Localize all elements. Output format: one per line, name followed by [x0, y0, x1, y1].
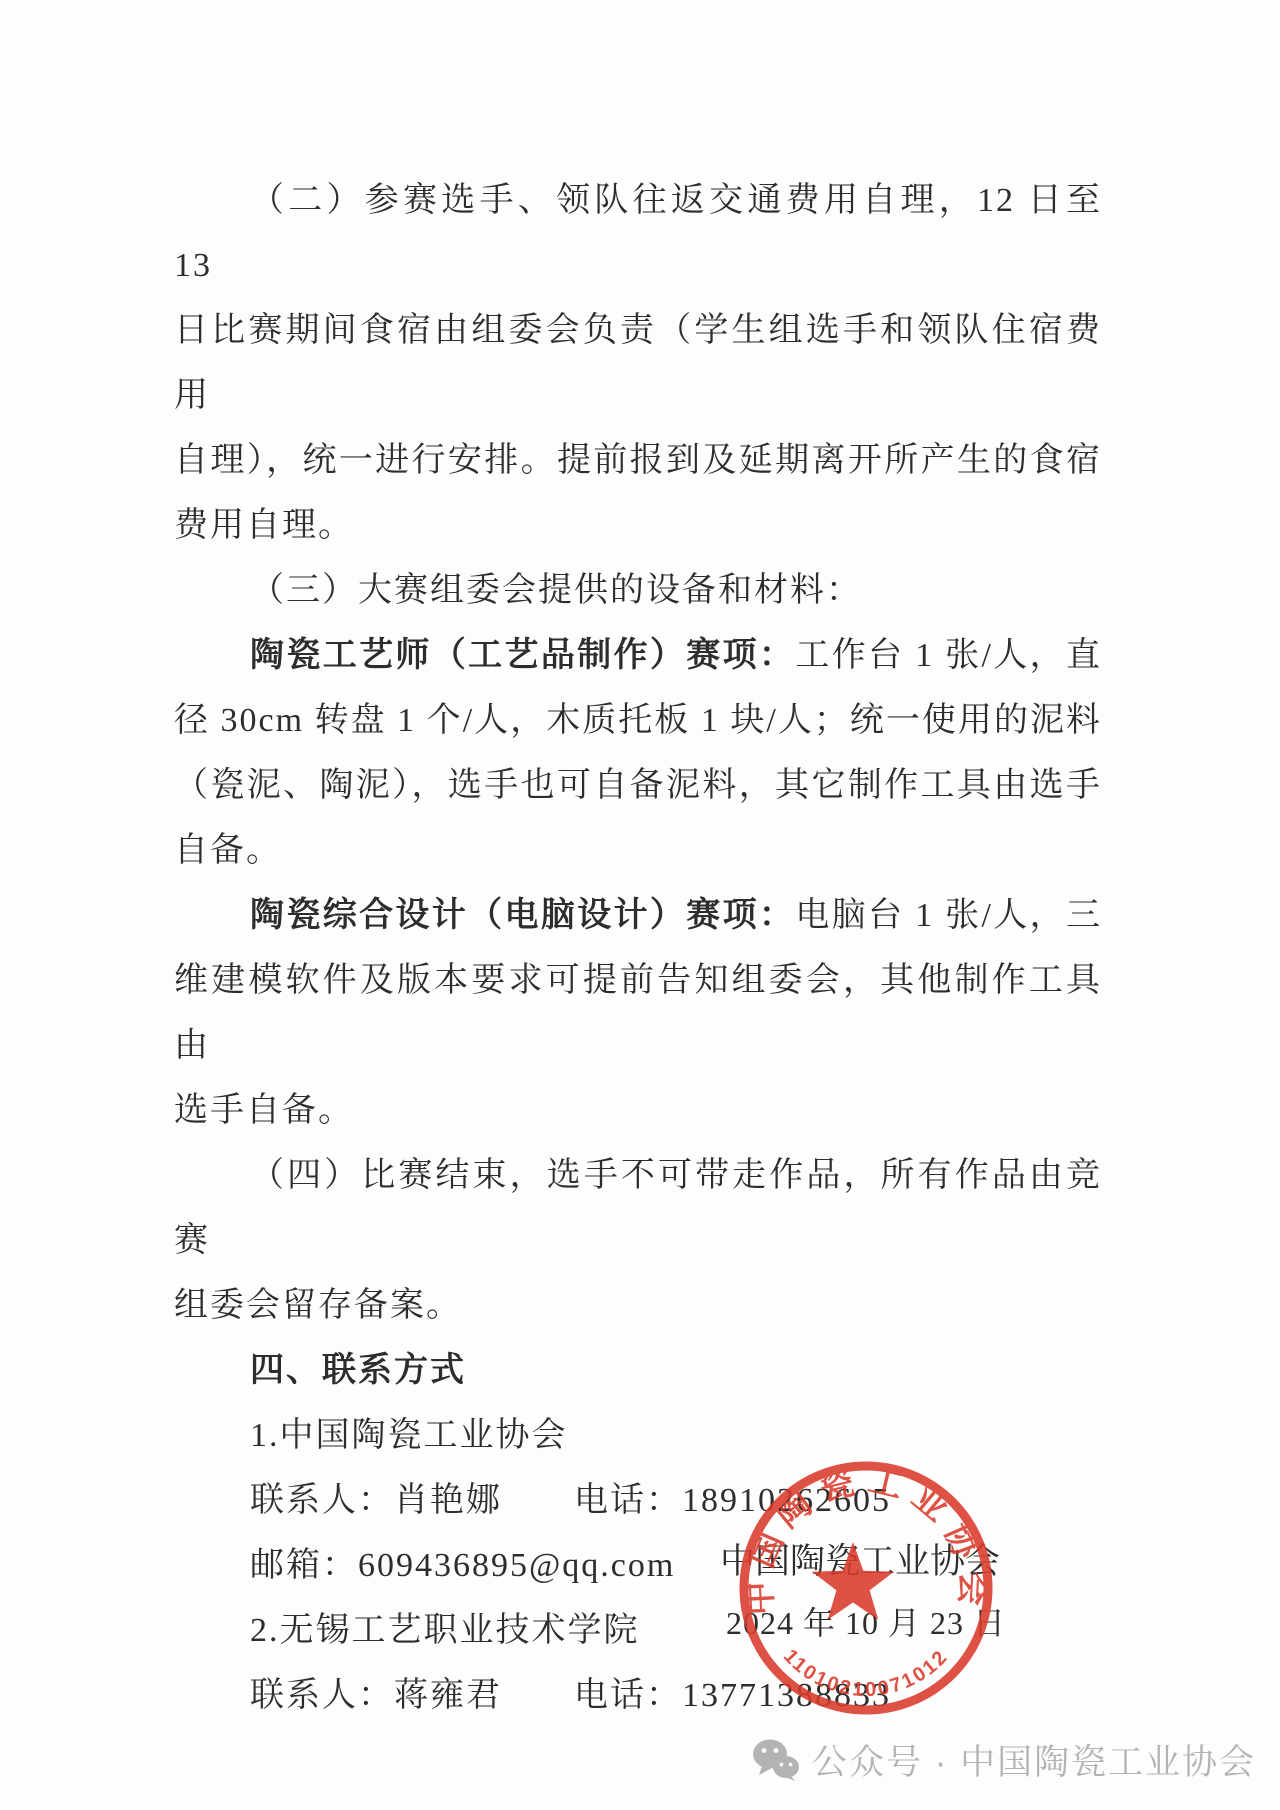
text-segment: 组委会留存备案。 — [174, 1287, 462, 1324]
text-segment: 工作台 1 张/人，直 — [795, 637, 1102, 674]
text-segment: 自理），统一进行安排。提前报到及延期离开所产生的食宿 — [174, 442, 1102, 479]
text-segment: 电脑台 1 张/人，三 — [795, 897, 1102, 934]
text-line: 陶瓷综合设计（电脑设计）赛项：电脑台 1 张/人，三 — [174, 883, 1102, 948]
text-segment-bold: 陶瓷综合设计（电脑设计）赛项： — [250, 897, 795, 934]
footer-account-label: 公众号 · 中国陶瓷工业协会 — [812, 1735, 1256, 1785]
text-line: 陶瓷工艺师（工艺品制作）赛项：工作台 1 张/人，直 — [174, 623, 1102, 688]
text-line: （瓷泥、陶泥），选手也可自备泥料，其它制作工具由选手 — [174, 753, 1102, 818]
text-segment: 邮箱：609436895@qq.com — [250, 1547, 675, 1584]
text-line: （二）参赛选手、领队往返交通费用自理，12 日至 13 — [174, 168, 1102, 298]
wechat-icon — [752, 1739, 800, 1781]
text-line: 自理），统一进行安排。提前报到及延期离开所产生的食宿 — [174, 428, 1102, 493]
text-segment: 维建模软件及版本要求可提前告知组委会，其他制作工具由 — [174, 962, 1102, 1064]
text-segment: 1.中国陶瓷工业协会 — [250, 1417, 568, 1454]
text-segment: 日比赛期间食宿由组委会负责（学生组选手和领队住宿费用 — [174, 312, 1102, 414]
text-segment: （二）参赛选手、领队往返交通费用自理，12 日至 13 — [174, 182, 1102, 284]
text-segment: 径 30cm 转盘 1 个/人，木质托板 1 块/人；统一使用的泥料 — [174, 702, 1102, 739]
text-segment-bold: 四、联系方式 — [250, 1352, 466, 1389]
text-line: 组委会留存备案。 — [174, 1273, 1102, 1338]
text-line: 径 30cm 转盘 1 个/人，木质托板 1 块/人；统一使用的泥料 — [174, 688, 1102, 753]
text-segment: （瓷泥、陶泥），选手也可自备泥料，其它制作工具由选手 — [174, 767, 1102, 804]
text-line: 日比赛期间食宿由组委会负责（学生组选手和领队住宿费用 — [174, 298, 1102, 428]
text-line: 自备。 — [174, 818, 1102, 883]
text-line: 费用自理。 — [174, 493, 1102, 558]
text-segment-bold: 陶瓷工艺师（工艺品制作）赛项： — [250, 637, 795, 674]
text-segment: 2.无锡工艺职业技术学院 — [250, 1612, 640, 1649]
text-line: （三）大赛组委会提供的设备和材料： — [174, 558, 1102, 623]
text-line: 维建模软件及版本要求可提前告知组委会，其他制作工具由 — [174, 948, 1102, 1078]
document-page: （二）参赛选手、领队往返交通费用自理，12 日至 13日比赛期间食宿由组委会负责… — [0, 0, 1280, 1810]
seal-star-icon — [812, 1542, 894, 1620]
footer: 公众号 · 中国陶瓷工业协会 — [752, 1738, 1256, 1782]
text-line: 选手自备。 — [174, 1078, 1102, 1143]
official-seal: 中国陶瓷工业协会 11010210071012 — [736, 1458, 996, 1718]
text-line: （四）比赛结束，选手不可带走作品，所有作品由竞赛 — [174, 1143, 1102, 1273]
text-line: 四、联系方式 — [174, 1338, 1102, 1403]
text-segment: 选手自备。 — [174, 1092, 354, 1129]
text-segment: （三）大赛组委会提供的设备和材料： — [250, 572, 862, 609]
text-segment: （四）比赛结束，选手不可带走作品，所有作品由竞赛 — [174, 1157, 1102, 1259]
text-segment: 自备。 — [174, 832, 282, 869]
text-segment: 费用自理。 — [174, 507, 354, 544]
